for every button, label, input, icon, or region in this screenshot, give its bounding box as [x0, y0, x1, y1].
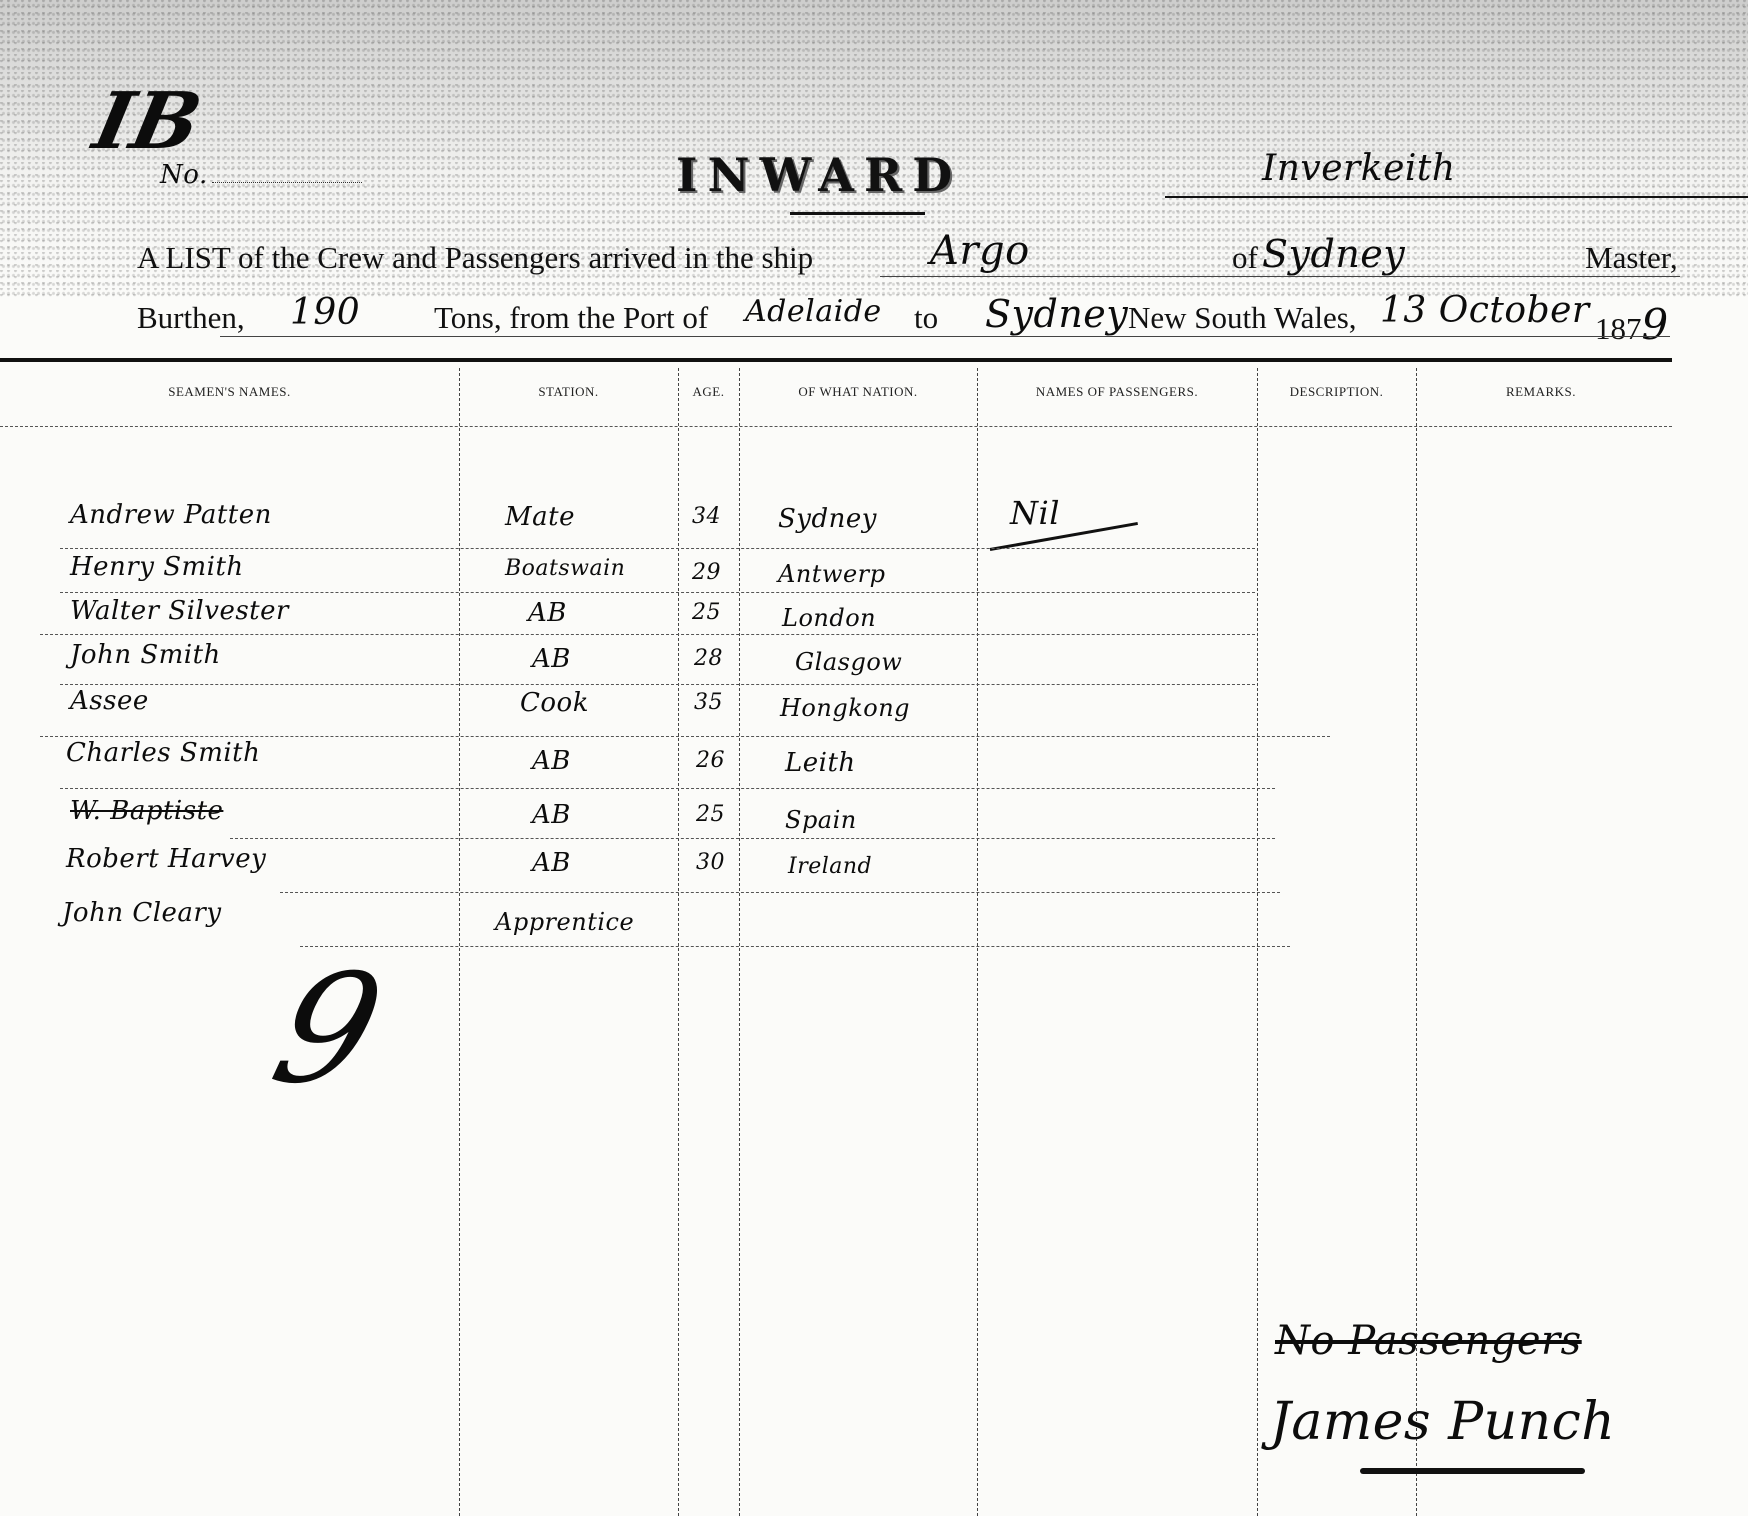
crew-name: Assee	[70, 686, 149, 716]
crew-station: AB	[532, 800, 571, 830]
burthen-underline	[220, 336, 1670, 337]
column-divider	[459, 368, 460, 1516]
master-label: Master,	[1585, 240, 1678, 276]
crew-name: Andrew Patten	[70, 500, 272, 530]
column-divider	[739, 368, 740, 1516]
number-label: No.	[160, 160, 208, 190]
from-port: Adelaide	[745, 294, 882, 329]
crew-age: 35	[694, 690, 723, 715]
no-passengers-note: No Passengers	[1275, 1318, 1582, 1364]
crew-station: Mate	[505, 502, 575, 532]
row-rule	[230, 838, 1275, 839]
year-suffix: 9	[1642, 300, 1669, 349]
ship-name: Argo	[930, 228, 1030, 274]
row-rule	[300, 946, 1290, 947]
tons-label: Tons, from the Port of	[434, 300, 708, 336]
passenger-names-entry: Nil	[1010, 494, 1060, 532]
of-label: of	[1232, 240, 1258, 276]
crew-age: 28	[694, 646, 723, 671]
crew-name: Walter Silvester	[70, 596, 289, 626]
row-rule	[60, 548, 1255, 549]
tons-value: 190	[290, 292, 360, 333]
crew-station: AB	[532, 848, 571, 878]
crew-name-struck: W. Baptiste	[70, 796, 223, 826]
column-header-remarks: REMARKS.	[1416, 384, 1666, 400]
folio-mark: IB	[86, 76, 209, 167]
crew-age: 25	[696, 802, 725, 827]
column-header-seamen-names: SEAMEN'S NAMES.	[0, 384, 459, 400]
crew-station: Boatswain	[505, 556, 625, 581]
to-port: Sydney	[985, 292, 1128, 336]
crew-name: John Smith	[70, 640, 221, 670]
crew-nation: Antwerp	[778, 560, 886, 588]
crew-age: 26	[696, 748, 725, 773]
header-bottom-rule	[0, 426, 1672, 427]
crew-nation: Glasgow	[795, 648, 902, 676]
number-field: No.	[160, 160, 362, 190]
row-rule	[40, 736, 1330, 737]
crew-name: John Cleary	[62, 898, 222, 928]
crew-nation: Hongkong	[780, 694, 910, 722]
page-title: INWARD	[676, 148, 962, 202]
number-value	[212, 182, 362, 183]
row-rule	[60, 592, 1255, 593]
row-rule	[60, 788, 1275, 789]
column-header-passenger-names: NAMES OF PASSENGERS.	[977, 384, 1257, 400]
row-rule	[60, 684, 1255, 685]
column-divider	[1257, 368, 1258, 1516]
arrival-date: 13 October	[1380, 290, 1590, 331]
crew-station: AB	[528, 598, 567, 628]
year-prefix: 187	[1595, 311, 1642, 346]
crew-nation: Sydney	[778, 504, 877, 534]
crew-age: 25	[692, 600, 721, 625]
nsw-label: New South Wales,	[1128, 300, 1357, 336]
crew-station: AB	[532, 746, 571, 776]
column-header-station: STATION.	[459, 384, 678, 400]
burthen-label: Burthen,	[137, 300, 245, 336]
column-divider	[977, 368, 978, 1516]
crew-station: AB	[532, 644, 571, 674]
list-intro-line: A LIST of the Crew and Passengers arrive…	[137, 240, 813, 276]
column-header-nation: OF WHAT NATION.	[739, 384, 977, 400]
title-underline	[790, 212, 925, 215]
crew-name: Robert Harvey	[66, 844, 266, 874]
row-rule	[280, 892, 1280, 893]
column-divider	[678, 368, 679, 1516]
ship-origin-mark: Inverkeith	[1262, 148, 1456, 189]
row-rule	[40, 634, 1255, 635]
list-intro-text: A LIST of the Crew and Passengers arrive…	[137, 240, 813, 275]
year: 1879	[1595, 300, 1669, 349]
column-header-description: DESCRIPTION.	[1257, 384, 1416, 400]
crew-age: 34	[692, 504, 721, 529]
crew-name: Charles Smith	[66, 738, 260, 768]
crew-name: W. Baptiste	[70, 796, 223, 826]
column-header-age: AGE.	[678, 384, 739, 400]
home-port: Sydney	[1262, 232, 1405, 276]
to-label: to	[914, 300, 938, 336]
header-rule	[0, 358, 1672, 362]
crew-station: Cook	[520, 688, 589, 718]
crew-nation: Ireland	[788, 854, 872, 879]
crew-age: 29	[692, 560, 721, 585]
crew-nation: London	[782, 604, 876, 632]
origin-underline	[1165, 196, 1748, 198]
footer-note: No Passengers	[1275, 1318, 1582, 1364]
ship-underline	[880, 276, 1680, 277]
master-signature: James Punch	[1270, 1392, 1615, 1452]
crew-count: 9	[260, 955, 396, 1105]
crew-nation: Leith	[785, 748, 856, 778]
crew-age: 30	[696, 850, 725, 875]
crew-name: Henry Smith	[70, 552, 244, 582]
crew-station: Apprentice	[495, 908, 634, 936]
signature-underline	[1360, 1468, 1585, 1474]
crew-nation: Spain	[785, 806, 857, 834]
